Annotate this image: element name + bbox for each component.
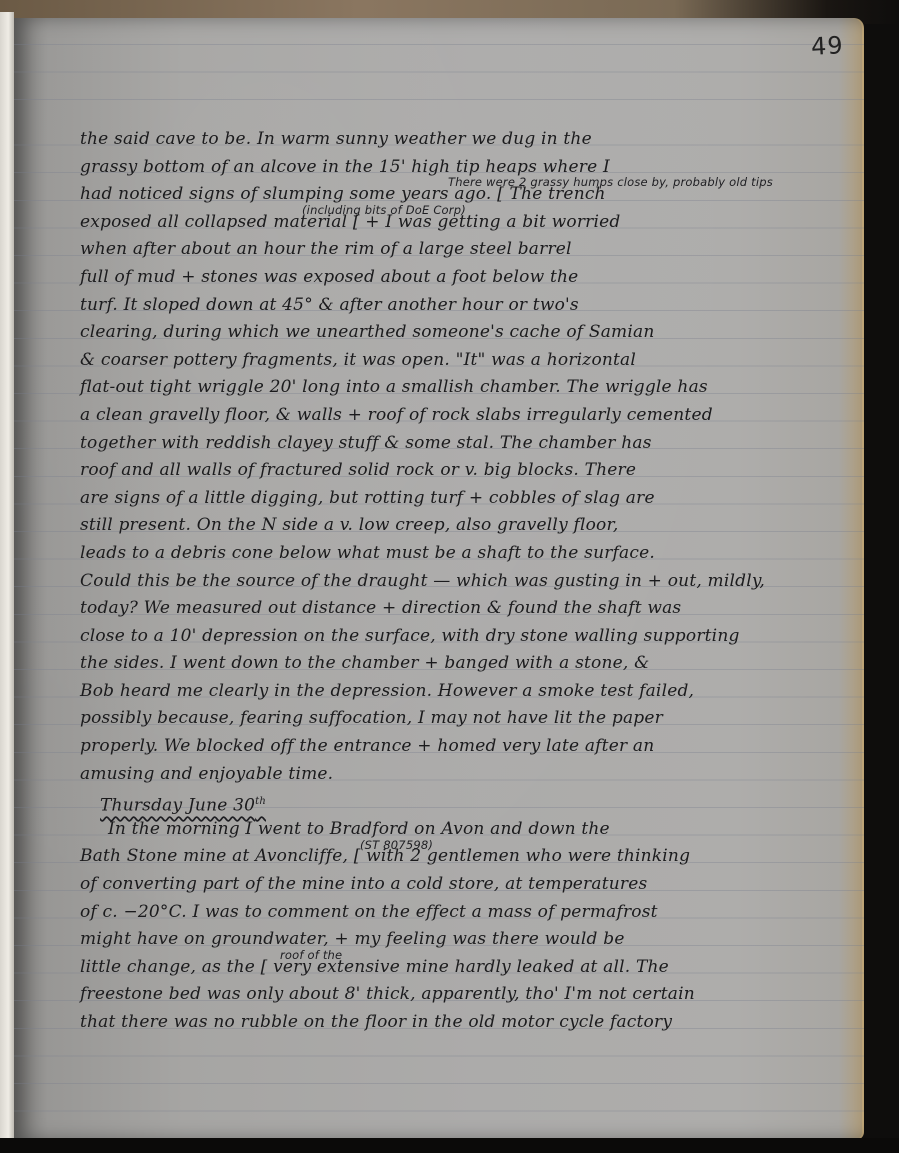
text-line: that there was no rubble on the floor in… (80, 1009, 864, 1037)
text-line: the said cave to be. In warm sunny weath… (80, 126, 864, 154)
text-line: turf. It sloped down at 45° & after anot… (80, 292, 864, 320)
date-heading-text: Thursday June 30 (100, 796, 255, 816)
text-line: amusing and enjoyable time. (80, 761, 864, 789)
journal-entry: the said cave to be. In warm sunny weath… (80, 126, 864, 1037)
text-line: today? We measured out distance + direct… (80, 595, 864, 623)
text-line: when after about an hour the rim of a la… (80, 236, 864, 264)
text-line: roof and all walls of fractured solid ro… (80, 457, 864, 485)
interlinear-insertion: roof of the (280, 942, 342, 970)
text-line-with-insertions: In the morning I went to Bradford on Avo… (80, 816, 864, 844)
text-line: clearing, during which we unearthed some… (80, 319, 864, 347)
text-line-with-insertions: little change, as the [ very extensive m… (80, 954, 864, 982)
page-number: 49 (811, 31, 845, 61)
text-line: freestone bed was only about 8' thick, a… (80, 981, 864, 1009)
text-line: might have on groundwater, + my feeling … (80, 926, 864, 954)
text-line: together with reddish clayey stuff & som… (80, 430, 864, 458)
text-line: of c. −20°C. I was to comment on the eff… (80, 899, 864, 927)
text-line: properly. We blocked off the entrance + … (80, 733, 864, 761)
text-line: possibly because, fearing suffocation, I… (80, 705, 864, 733)
text-line: full of mud + stones was exposed about a… (80, 264, 864, 292)
text-line: Could this be the source of the draught … (80, 568, 864, 596)
text-line: Bob heard me clearly in the depression. … (80, 678, 864, 706)
text-line: little change, as the [ very extensive m… (80, 957, 669, 977)
date-heading-line: Thursday June 30th (80, 788, 864, 816)
text-line: close to a 10' depression on the surface… (80, 623, 864, 651)
text-line: Bath Stone mine at Avoncliffe, [ with 2 … (80, 843, 864, 871)
interlinear-insertion: There were 2 grassy humps close by, prob… (448, 169, 773, 197)
text-line: In the morning I went to Bradford on Avo… (108, 819, 610, 839)
text-line: of converting part of the mine into a co… (80, 871, 864, 899)
text-line: a clean gravelly floor, & walls + roof o… (80, 402, 864, 430)
notebook-page: 49 the said cave to be. In warm sunny we… (14, 18, 864, 1140)
date-heading-suffix: th (255, 796, 266, 807)
text-line: flat-out tight wriggle 20' long into a s… (80, 374, 864, 402)
text-line: leads to a debris cone below what must b… (80, 540, 864, 568)
text-line: & coarser pottery fragments, it was open… (80, 347, 864, 375)
notebook-bottom-edge (0, 1138, 899, 1153)
text-line: exposed all collapsed material [ + I was… (80, 209, 864, 237)
text-line: still present. On the N side a v. low cr… (80, 512, 864, 540)
text-line: are signs of a little digging, but rotti… (80, 485, 864, 513)
text-line-with-insertions: had noticed signs of slumping some years… (80, 181, 864, 209)
text-line: the sides. I went down to the chamber + … (80, 650, 864, 678)
facing-page-edge (0, 12, 14, 1138)
